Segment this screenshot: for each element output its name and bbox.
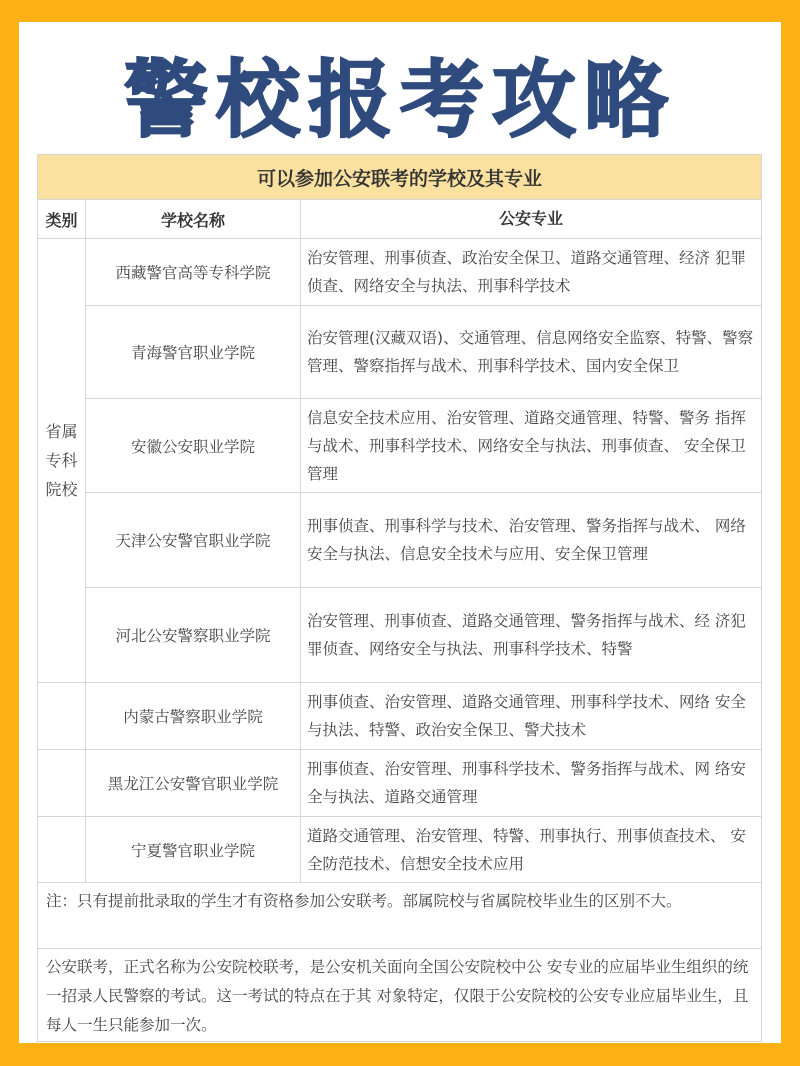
school-name: 河北公安警察职业学院 xyxy=(86,588,301,682)
school-name: 天津公安警官职业学院 xyxy=(86,493,301,587)
school-name: 安徽公安职业学院 xyxy=(86,399,301,492)
page-title: 警校报考攻略 xyxy=(19,48,781,138)
table-row: 内蒙古警察职业学院 刑事侦查、治安管理、道路交通管理、刑事科学技术、网络 安全与… xyxy=(38,683,761,750)
school-name: 青海警官职业学院 xyxy=(86,306,301,398)
school-majors: 治安管理、刑事侦查、道路交通管理、警务指挥与战术、经 济犯罪侦查、网络安全与执法… xyxy=(301,588,763,682)
header-category: 类别 xyxy=(38,200,86,238)
table-row: 黑龙江公安警官职业学院 刑事侦查、治安管理、刑事科学技术、警务指挥与战术、网 络… xyxy=(38,750,761,817)
school-name: 黑龙江公安警官职业学院 xyxy=(86,750,301,816)
school-majors: 刑事侦查、治安管理、道路交通管理、刑事科学技术、网络 安全与执法、特警、政治安全… xyxy=(301,683,763,749)
table-note: 注：只有提前批录取的学生才有资格参加公安联考。部属院校与省属院校毕业生的区别不大… xyxy=(38,883,761,949)
school-majors: 治安管理、刑事侦查、政治安全保卫、道路交通管理、经济 犯罪侦查、网络安全与执法、… xyxy=(301,239,763,305)
exam-description: 公安联考，正式名称为公安院校联考，是公安机关面向全国公安院校中公 安专业的应届毕… xyxy=(38,949,761,1041)
table-caption: 可以参加公安联考的学校及其专业 xyxy=(38,155,761,200)
school-name: 内蒙古警察职业学院 xyxy=(86,683,301,749)
table-header-row: 类别 学校名称 公安专业 xyxy=(38,200,761,239)
table-row: 安徽公安职业学院 信息安全技术应用、治安管理、道路交通管理、特警、警务 指挥与战… xyxy=(38,399,761,493)
category-cell xyxy=(38,683,86,749)
school-majors: 刑事侦查、刑事科学与技术、治安管理、警务指挥与战术、 网络安全与执法、信息安全技… xyxy=(301,493,763,587)
school-name: 西藏警官高等专科学院 xyxy=(86,239,301,305)
school-majors: 道路交通管理、治安管理、特警、刑事执行、刑事侦查技术、 安全防范技术、信想安全技… xyxy=(301,817,763,882)
table-row: 宁夏警官职业学院 道路交通管理、治安管理、特警、刑事执行、刑事侦查技术、 安全防… xyxy=(38,817,761,883)
school-majors: 刑事侦查、治安管理、刑事科学技术、警务指挥与战术、网 络安全与执法、道路交通管理 xyxy=(301,750,763,816)
table-row: 青海警官职业学院 治安管理(汉藏双语)、交通管理、信息网络安全监察、特警、警察管… xyxy=(38,306,761,399)
header-majors: 公安专业 xyxy=(301,200,763,238)
table-row: 西藏警官高等专科学院 治安管理、刑事侦查、政治安全保卫、道路交通管理、经济 犯罪… xyxy=(38,239,761,306)
schools-table: 可以参加公安联考的学校及其专业 类别 学校名称 公安专业 省属专科院校 西藏警官… xyxy=(37,154,762,1042)
school-majors: 信息安全技术应用、治安管理、道路交通管理、特警、警务 指挥与战术、刑事科学技术、… xyxy=(301,399,763,492)
table-row: 河北公安警察职业学院 治安管理、刑事侦查、道路交通管理、警务指挥与战术、经 济犯… xyxy=(38,588,761,683)
category-cell-provincial: 省属专科院校 xyxy=(38,239,86,683)
table-row: 天津公安警官职业学院 刑事侦查、刑事科学与技术、治安管理、警务指挥与战术、 网络… xyxy=(38,493,761,588)
school-name: 宁夏警官职业学院 xyxy=(86,817,301,882)
category-label: 省属专科院校 xyxy=(44,417,80,504)
category-cell xyxy=(38,750,86,816)
category-cell xyxy=(38,817,86,882)
poster-card: 警校报考攻略 可以参加公安联考的学校及其专业 类别 学校名称 公安专业 省属专科… xyxy=(19,22,781,1043)
school-majors: 治安管理(汉藏双语)、交通管理、信息网络安全监察、特警、警察管理、警察指挥与战术… xyxy=(301,306,763,398)
header-school: 学校名称 xyxy=(86,200,301,238)
